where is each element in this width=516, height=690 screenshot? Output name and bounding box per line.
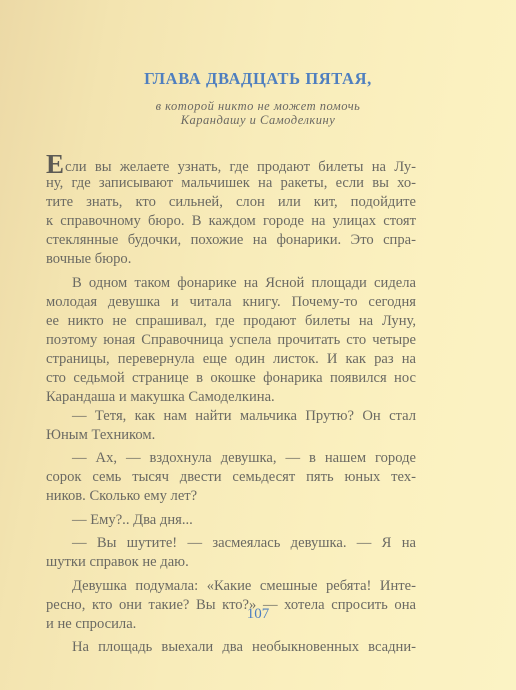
paragraph: Девушка подумала: «Какие смешные ребята!… [46,577,416,634]
text-line: сорок семь тысяч двести семьдесят пять ю… [46,468,416,487]
text-line: Карандаша и макушка Самоделкина. [46,388,416,407]
chapter-body: Если вы желаете узнать, где продают биле… [46,155,416,657]
text-line: поэтому юная Справочница успела прочитат… [46,331,416,350]
drop-cap: Е [46,155,64,174]
text-line: Если вы желаете узнать, где продают биле… [46,155,416,174]
text-line: — Тетя, как нам найти мальчика Прутю? Он… [46,407,416,426]
text-line: — Вы шутите! — засмеялась девушка. — Я н… [46,534,416,553]
text-line: ее никто не спрашивал, где продают билет… [46,312,416,331]
text-line: стеклянные будочки, похожие на фонарики.… [46,231,416,250]
page-number: 107 [0,606,516,623]
text-line: ну, где записывают мальчишек на ракеты, … [46,174,416,193]
chapter-title: ГЛАВА ДВАДЦАТЬ ПЯТАЯ, [0,69,516,89]
book-page: ГЛАВА ДВАДЦАТЬ ПЯТАЯ, в которой никто не… [0,0,516,690]
paragraph: — Тетя, как нам найти мальчика Прутю? Он… [46,407,416,445]
text-line: вочные бюро. [46,250,416,269]
text-line: — Ах, — вздохнула девушка, — в нашем гор… [46,449,416,468]
paragraph: — Вы шутите! — засмеялась девушка. — Я н… [46,534,416,572]
paragraph: На площадь выехали два необыкновенных вс… [46,638,416,657]
text-line: шутки справок не даю. [46,553,416,572]
text-line: молодая девушка и читала книгу. Почему-т… [46,293,416,312]
text-line: сто седьмой странице в окошке фонарика п… [46,369,416,388]
text-line: Юным Техником. [46,426,416,445]
paragraph: — Ах, — вздохнула девушка, — в нашем гор… [46,449,416,506]
subtitle-line: Карандашу и Самоделкину [0,113,516,127]
text-line: к справочному бюро. В каждом городе на у… [46,212,416,231]
subtitle-line: в которой никто не может помочь [0,99,516,113]
text-line: В одном таком фонарике на Ясной площади … [46,274,416,293]
text-line: На площадь выехали два необыкновенных вс… [46,638,416,657]
text-line: ников. Сколько ему лет? [46,487,416,506]
text-line: тите знать, кто сильней, слон или кит, п… [46,193,416,212]
text-line: Девушка подумала: «Какие смешные ребята!… [46,577,416,596]
paragraph: — Ему?.. Два дня... [46,511,416,530]
chapter-subtitle: в которой никто не может помочь Карандаш… [0,99,516,127]
paragraph: Если вы желаете узнать, где продают биле… [46,155,416,269]
paragraph: В одном таком фонарике на Ясной площади … [46,274,416,407]
text-line: страницы, перевернула еще один листок. И… [46,350,416,369]
text-line: — Ему?.. Два дня... [46,511,416,530]
